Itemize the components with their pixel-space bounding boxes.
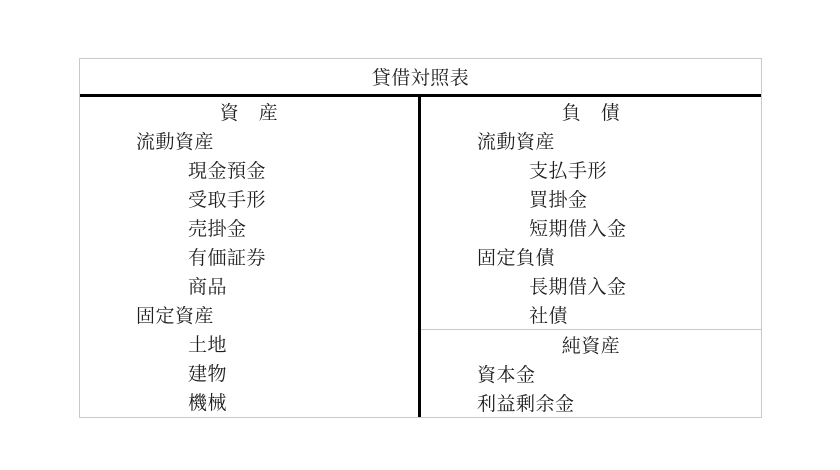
liability-item-long-term-loans: 長期借入金 xyxy=(421,271,761,300)
assets-column: 資 産 流動資産 現金預金 受取手形 売掛金 有価証券 商品 固定資産 土地 建… xyxy=(80,97,421,417)
asset-item-accounts-receivable: 売掛金 xyxy=(80,213,418,242)
asset-item-land: 土地 xyxy=(80,329,418,358)
asset-item-buildings: 建物 xyxy=(80,358,418,387)
liability-item-notes-payable: 支払手形 xyxy=(421,155,761,184)
asset-group-fixed-label: 固定資産 xyxy=(80,300,418,329)
net-assets-header: 純資産 xyxy=(421,330,761,359)
net-assets-item-retained-earnings: 利益剰余金 xyxy=(421,388,761,417)
asset-item-cash: 現金預金 xyxy=(80,155,418,184)
liabilities-column: 負 債 流動資産 支払手形 買掛金 短期借入金 固定負債 長期借入金 社債 純資… xyxy=(421,97,761,417)
asset-item-merchandise: 商品 xyxy=(80,271,418,300)
net-assets-item-capital: 資本金 xyxy=(421,359,761,388)
sheet-columns: 資 産 流動資産 現金預金 受取手形 売掛金 有価証券 商品 固定資産 土地 建… xyxy=(80,97,761,417)
assets-header: 資 産 xyxy=(80,97,418,126)
liability-item-accounts-payable: 買掛金 xyxy=(421,184,761,213)
sheet-title-row: 貸借対照表 xyxy=(80,59,761,97)
liability-item-short-term-loans: 短期借入金 xyxy=(421,213,761,242)
asset-item-notes-receivable: 受取手形 xyxy=(80,184,418,213)
liability-group-current-label: 流動資産 xyxy=(421,126,761,155)
liabilities-header: 負 債 xyxy=(421,97,761,126)
asset-group-current-label: 流動資産 xyxy=(80,126,418,155)
sheet-title: 貸借対照表 xyxy=(372,63,470,90)
asset-item-securities: 有価証券 xyxy=(80,242,418,271)
balance-sheet-diagram: 貸借対照表 資 産 流動資産 現金預金 受取手形 売掛金 有価証券 商品 固定資… xyxy=(79,58,762,418)
liability-group-fixed-label: 固定負債 xyxy=(421,242,761,271)
asset-item-machinery: 機械 xyxy=(80,387,418,416)
liability-item-corporate-bonds: 社債 xyxy=(421,300,761,329)
net-assets-section: 純資産 資本金 利益剰余金 xyxy=(421,329,761,417)
